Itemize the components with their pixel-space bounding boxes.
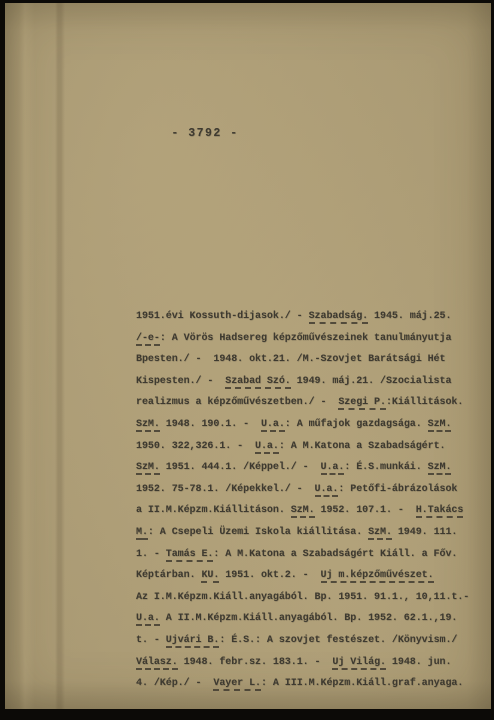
text-line: M.: A Csepeli Üzemi Iskola kiállitása. S… (136, 522, 484, 544)
text-segment: : A Vörös Hadsereg képzőművészeinek tanu… (160, 333, 452, 344)
text-segment: 1952. 75-78.1. /Képekkel./ - (136, 484, 315, 495)
text-line: U.a. A II.M.Képzm.Kiáll.anyagából. Bp. 1… (136, 608, 484, 630)
text-segment: : É.S.munkái. (344, 462, 427, 473)
text-line: /-e-: A Vörös Hadsereg képzőművészeinek … (136, 328, 484, 350)
underlined-text-segment: U.a. (321, 462, 345, 475)
text-segment: 1951.évi Kossuth-dijasok./ - (136, 311, 309, 322)
underlined-text-segment: SzM. (136, 419, 160, 432)
underlined-text-segment: SzM. (428, 462, 452, 475)
underlined-text-segment: Uj m.képzőművészet. (321, 570, 434, 583)
text-line: 4. /Kép./ - Vayer L.: A III.M.Képzm.Kiál… (136, 673, 484, 695)
text-segment: : A Csepeli Üzemi Iskola kiállitása. (148, 527, 368, 538)
text-segment: : É.S.: A szovjet festészet. /Könyvism./ (219, 635, 457, 646)
underlined-text-segment: SzM. (291, 505, 315, 518)
text-line: Bpesten./ - 1948. okt.21. /M.-Szovjet Ba… (136, 349, 484, 371)
text-segment: Bpesten./ - 1948. okt.21. /M.-Szovjet Ba… (136, 354, 445, 365)
underlined-text-segment: SzM. (136, 462, 160, 475)
text-segment: : Petőfi-ábrázolások (338, 484, 457, 495)
underlined-text-segment: H.Takács (416, 505, 464, 518)
underlined-text-segment: Szabad Szó. (225, 376, 290, 389)
text-line: Az I.M.Képzm.Kiáll.anyagából. Bp. 1951. … (136, 587, 484, 609)
text-segment: 1945. máj.25. (368, 311, 451, 322)
underlined-text-segment: Szabadság. (309, 311, 369, 324)
text-line: Válasz. 1948. febr.sz. 183.1. - Uj Világ… (136, 652, 484, 674)
text-segment: 1951. 444.1. /Képpel./ - (160, 462, 321, 473)
text-line: realizmus a képzőművészetben./ - Szegi P… (136, 392, 484, 414)
text-segment: 4. /Kép./ - (136, 678, 213, 689)
text-segment: : A III.M.Képzm.Kiáll.graf.anyaga. (261, 678, 463, 689)
underlined-text-segment: U.a. (315, 484, 339, 497)
typewritten-text: 1951.évi Kossuth-dijasok./ - Szabadság. … (136, 306, 484, 695)
underlined-text-segment: U.a. (255, 441, 279, 454)
text-line: a II.M.Képzm.Kiállitáson. SzM. 1952. 107… (136, 500, 484, 522)
underlined-text-segment: U.a. (261, 419, 285, 432)
underlined-text-segment: Uj Világ. (332, 657, 386, 670)
text-segment: Az I.M.Képzm.Kiáll.anyagából. Bp. 1951. … (136, 592, 469, 603)
text-segment: 1948. jun. (386, 657, 451, 668)
text-segment: : A műfajok gazdagsága. (285, 419, 428, 430)
text-line: 1951.évi Kossuth-dijasok./ - Szabadság. … (136, 306, 484, 328)
text-segment: A II.M.Képzm.Kiáll.anyagából. Bp. 1952. … (160, 613, 458, 624)
text-segment: 1952. 107.1. - (315, 505, 416, 516)
text-segment: :Kiállitások. (386, 397, 463, 408)
underlined-text-segment: /-e- (136, 333, 160, 346)
text-segment: realizmus a képzőművészetben./ - (136, 397, 338, 408)
underlined-text-segment: SzM. (368, 527, 392, 540)
text-segment: t. - (136, 635, 166, 646)
scanned-page: - 3792 - 1951.évi Kossuth-dijasok./ - Sz… (5, 3, 491, 709)
text-segment: Kispesten./ - (136, 376, 225, 387)
underlined-text-segment: Válasz. (136, 657, 178, 670)
text-segment: 1951. okt.2. - (219, 570, 320, 581)
underlined-text-segment: Szegi P. (338, 397, 386, 410)
text-segment: : A M.Katona a Szabadságért. (279, 441, 446, 452)
text-line: 1952. 75-78.1. /Képekkel./ - U.a.: Petőf… (136, 479, 484, 501)
text-segment: a II.M.Képzm.Kiállitáson. (136, 505, 291, 516)
text-line: Kispesten./ - Szabad Szó. 1949. máj.21. … (136, 371, 484, 393)
text-segment: : A M.Katona a Szabadságért Kiáll. a Főv… (213, 549, 457, 560)
underlined-text-segment: Ujvári B. (166, 635, 220, 648)
text-segment: 1948. 190.1. - (160, 419, 261, 430)
text-segment: 1949. 111. (392, 527, 457, 538)
text-line: 1950. 322,326.1. - U.a.: A M.Katona a Sz… (136, 436, 484, 458)
text-line: SzM. 1951. 444.1. /Képpel./ - U.a.: É.S.… (136, 457, 484, 479)
underlined-text-segment: Vayer L. (213, 678, 261, 691)
text-segment: 1950. 322,326.1. - (136, 441, 255, 452)
text-line: t. - Ujvári B.: É.S.: A szovjet festésze… (136, 630, 484, 652)
text-line: 1. - Tamás E.: A M.Katona a Szabadságért… (136, 544, 484, 566)
underlined-text-segment: M. (136, 527, 148, 540)
text-segment: Képtárban. (136, 570, 201, 581)
page-number: - 3792 - (155, 127, 255, 140)
underlined-text-segment: SzM. (428, 419, 452, 432)
text-segment: 1949. máj.21. /Szocialista (291, 376, 452, 387)
text-segment: 1. - (136, 549, 166, 560)
underlined-text-segment: Tamás E. (166, 549, 214, 562)
text-segment: 1948. febr.sz. 183.1. - (178, 657, 333, 668)
underlined-text-segment: KU. (201, 570, 219, 583)
text-line: SzM. 1948. 190.1. - U.a.: A műfajok gazd… (136, 414, 484, 436)
text-line: Képtárban. KU. 1951. okt.2. - Uj m.képző… (136, 565, 484, 587)
underlined-text-segment: U.a. (136, 613, 160, 626)
